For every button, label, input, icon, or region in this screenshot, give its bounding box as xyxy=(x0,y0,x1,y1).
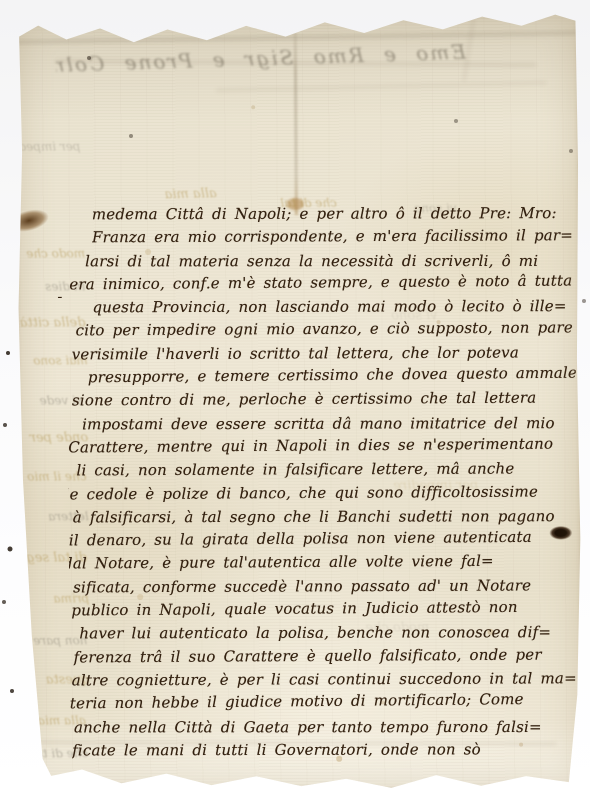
ink-stain-left xyxy=(0,202,57,240)
letter-line: li casi, non solamente in falsificare le… xyxy=(76,457,576,482)
letter-line: il denaro, su la girata della polisa non… xyxy=(69,526,577,553)
letter-line: haver lui autenticato la polisa, benche … xyxy=(79,621,577,646)
letter-line: Franza era mio corrispondente, e m'era f… xyxy=(92,224,575,249)
letter-text: medema Cittâ di Napoli; e per altro ô il… xyxy=(67,200,578,771)
wrinkle-shadow xyxy=(216,82,546,92)
dust-specks xyxy=(0,0,2,2)
letter-line: sione contro di me, perloche è certissim… xyxy=(72,387,576,413)
foxing-spots xyxy=(16,12,18,14)
letter-line: teria non hebbe il giudice motivo di mor… xyxy=(70,688,578,716)
bleedthrough-fragment: per impedire xyxy=(10,139,80,153)
margin-dash: - xyxy=(57,287,62,305)
letter-line: le cedole è polize di banco, che qui son… xyxy=(67,480,577,506)
letter-line: medema Cittâ di Napoli; e per altro ô il… xyxy=(92,202,575,227)
letter-line: anche nella Città di Gaeta per tanto tem… xyxy=(74,715,578,739)
letter-line: Carattere, mentre qui in Napoli in dies … xyxy=(68,432,576,459)
bleedthrough-salutation: Emo e Rmo Sigr e Prone Colmo xyxy=(56,40,467,77)
letter-line: presupporre, e temere certissimo che dov… xyxy=(88,362,576,390)
fold-crease xyxy=(294,10,298,215)
letter-line: ferenza trâ il suo Carattere è quello fa… xyxy=(73,643,577,669)
letter-line: ficate le mani di tutti li Governatori, … xyxy=(72,738,578,763)
letter-page: Emo e Rmo Sigr e Prone Colmo alla miache… xyxy=(16,8,583,791)
wrinkle-shadow xyxy=(16,31,578,43)
letter-line: questa Provincia, non lasciando mai modo… xyxy=(92,295,575,320)
letter-line: cito per impedire ogni mio avanzo, e ciò… xyxy=(76,317,576,343)
letter-line: era inimico, conf.e m'è stato sempre, e … xyxy=(69,269,575,296)
scan-background: Emo e Rmo Sigr e Prone Colmo alla miache… xyxy=(0,0,590,800)
bleedthrough-margin: alla miache di talvi sonoper impediremod… xyxy=(16,8,578,11)
letter-line: publico in Napoli, quale vocatus in Judi… xyxy=(71,595,577,622)
letter-line: dal Notare, è pure tal'autentica alle vo… xyxy=(67,550,577,576)
